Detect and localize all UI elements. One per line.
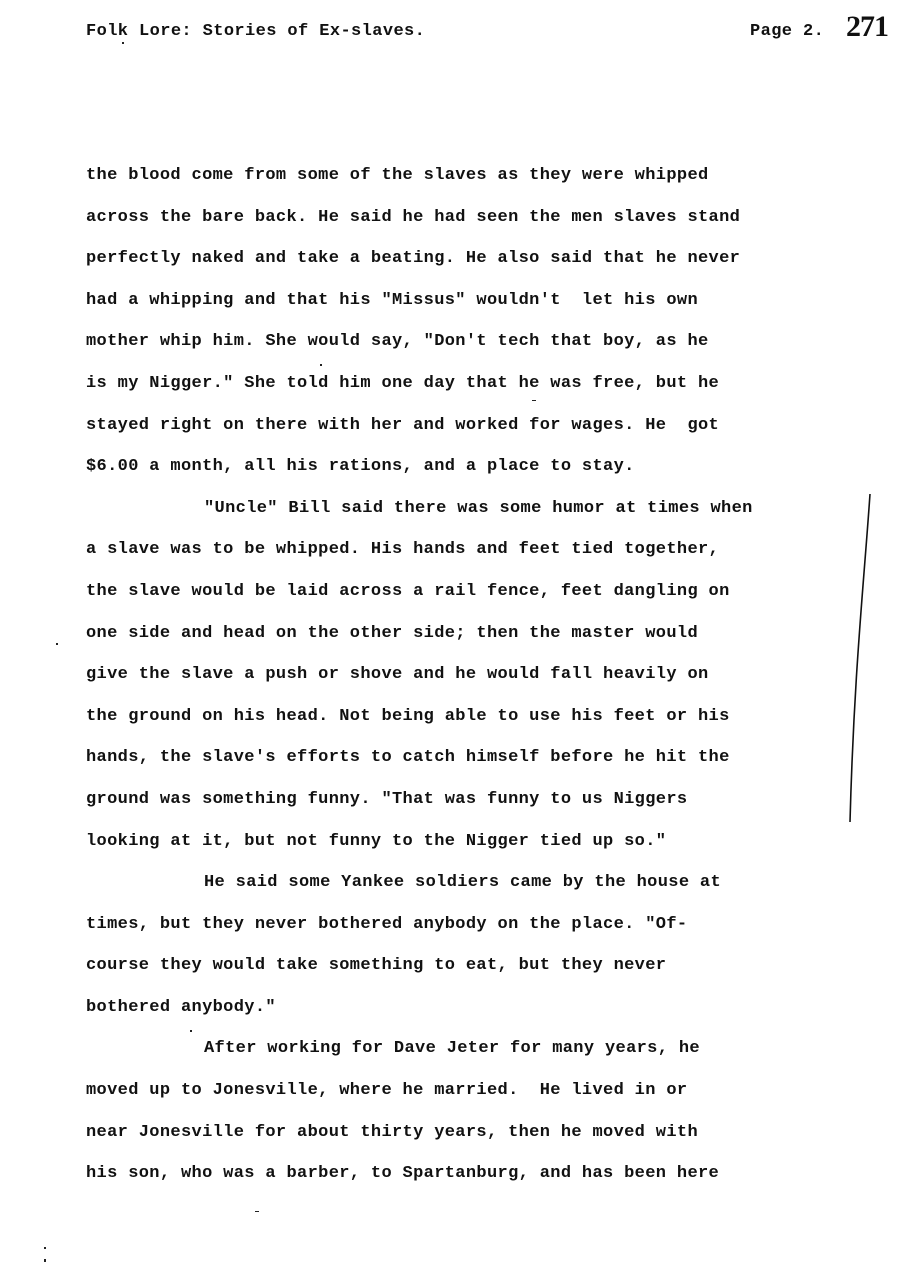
text-line: course they would take something to eat,… — [86, 950, 866, 992]
archive-stamp-number: 271 — [846, 10, 888, 44]
scan-speck — [190, 1030, 192, 1032]
scan-speck — [320, 364, 322, 366]
text-line: the blood come from some of the slaves a… — [86, 160, 866, 202]
text-line: $6.00 a month, all his rations, and a pl… — [86, 451, 866, 493]
text-line: stayed right on there with her and worke… — [86, 410, 866, 452]
scan-speck — [122, 42, 124, 44]
text-line: had a whipping and that his "Missus" wou… — [86, 285, 866, 327]
document-body: the blood come from some of the slaves a… — [86, 160, 866, 1200]
paragraph-first-line: "Uncle" Bill said there was some humor a… — [86, 493, 866, 535]
scan-speck — [532, 400, 536, 401]
text-line: the ground on his head. Not being able t… — [86, 701, 866, 743]
text-line: looking at it, but not funny to the Nigg… — [86, 826, 866, 868]
margin-pencil-line-icon — [848, 492, 874, 824]
text-line: one side and head on the other side; the… — [86, 618, 866, 660]
text-line: times, but they never bothered anybody o… — [86, 909, 866, 951]
text-line: ground was something funny. "That was fu… — [86, 784, 866, 826]
text-line: is my Nigger." She told him one day that… — [86, 368, 866, 410]
document-page: Folk Lore: Stories of Ex-slaves. Page 2.… — [0, 0, 900, 1285]
text-line: the slave would be laid across a rail fe… — [86, 576, 866, 618]
document-title: Folk Lore: Stories of Ex-slaves. — [86, 22, 425, 41]
text-line: perfectly naked and take a beating. He a… — [86, 243, 866, 285]
text-line: mother whip him. She would say, "Don't t… — [86, 326, 866, 368]
scan-speck — [44, 1259, 46, 1262]
paragraph-first-line: He said some Yankee soldiers came by the… — [86, 867, 866, 909]
text-line: his son, who was a barber, to Spartanbur… — [86, 1158, 866, 1200]
scan-speck — [56, 643, 58, 645]
page-number-label: Page 2. — [750, 22, 824, 41]
text-line: a slave was to be whipped. His hands and… — [86, 534, 866, 576]
page-header: Folk Lore: Stories of Ex-slaves. Page 2.… — [86, 18, 900, 48]
scan-speck — [255, 1211, 259, 1212]
paragraph-first-line: After working for Dave Jeter for many ye… — [86, 1033, 866, 1075]
text-line: moved up to Jonesville, where he married… — [86, 1075, 866, 1117]
text-line: near Jonesville for about thirty years, … — [86, 1117, 866, 1159]
text-line: give the slave a push or shove and he wo… — [86, 659, 866, 701]
scan-speck — [44, 1247, 46, 1249]
text-line: bothered anybody." — [86, 992, 866, 1034]
text-line: hands, the slave's efforts to catch hims… — [86, 742, 866, 784]
text-line: across the bare back. He said he had see… — [86, 202, 866, 244]
